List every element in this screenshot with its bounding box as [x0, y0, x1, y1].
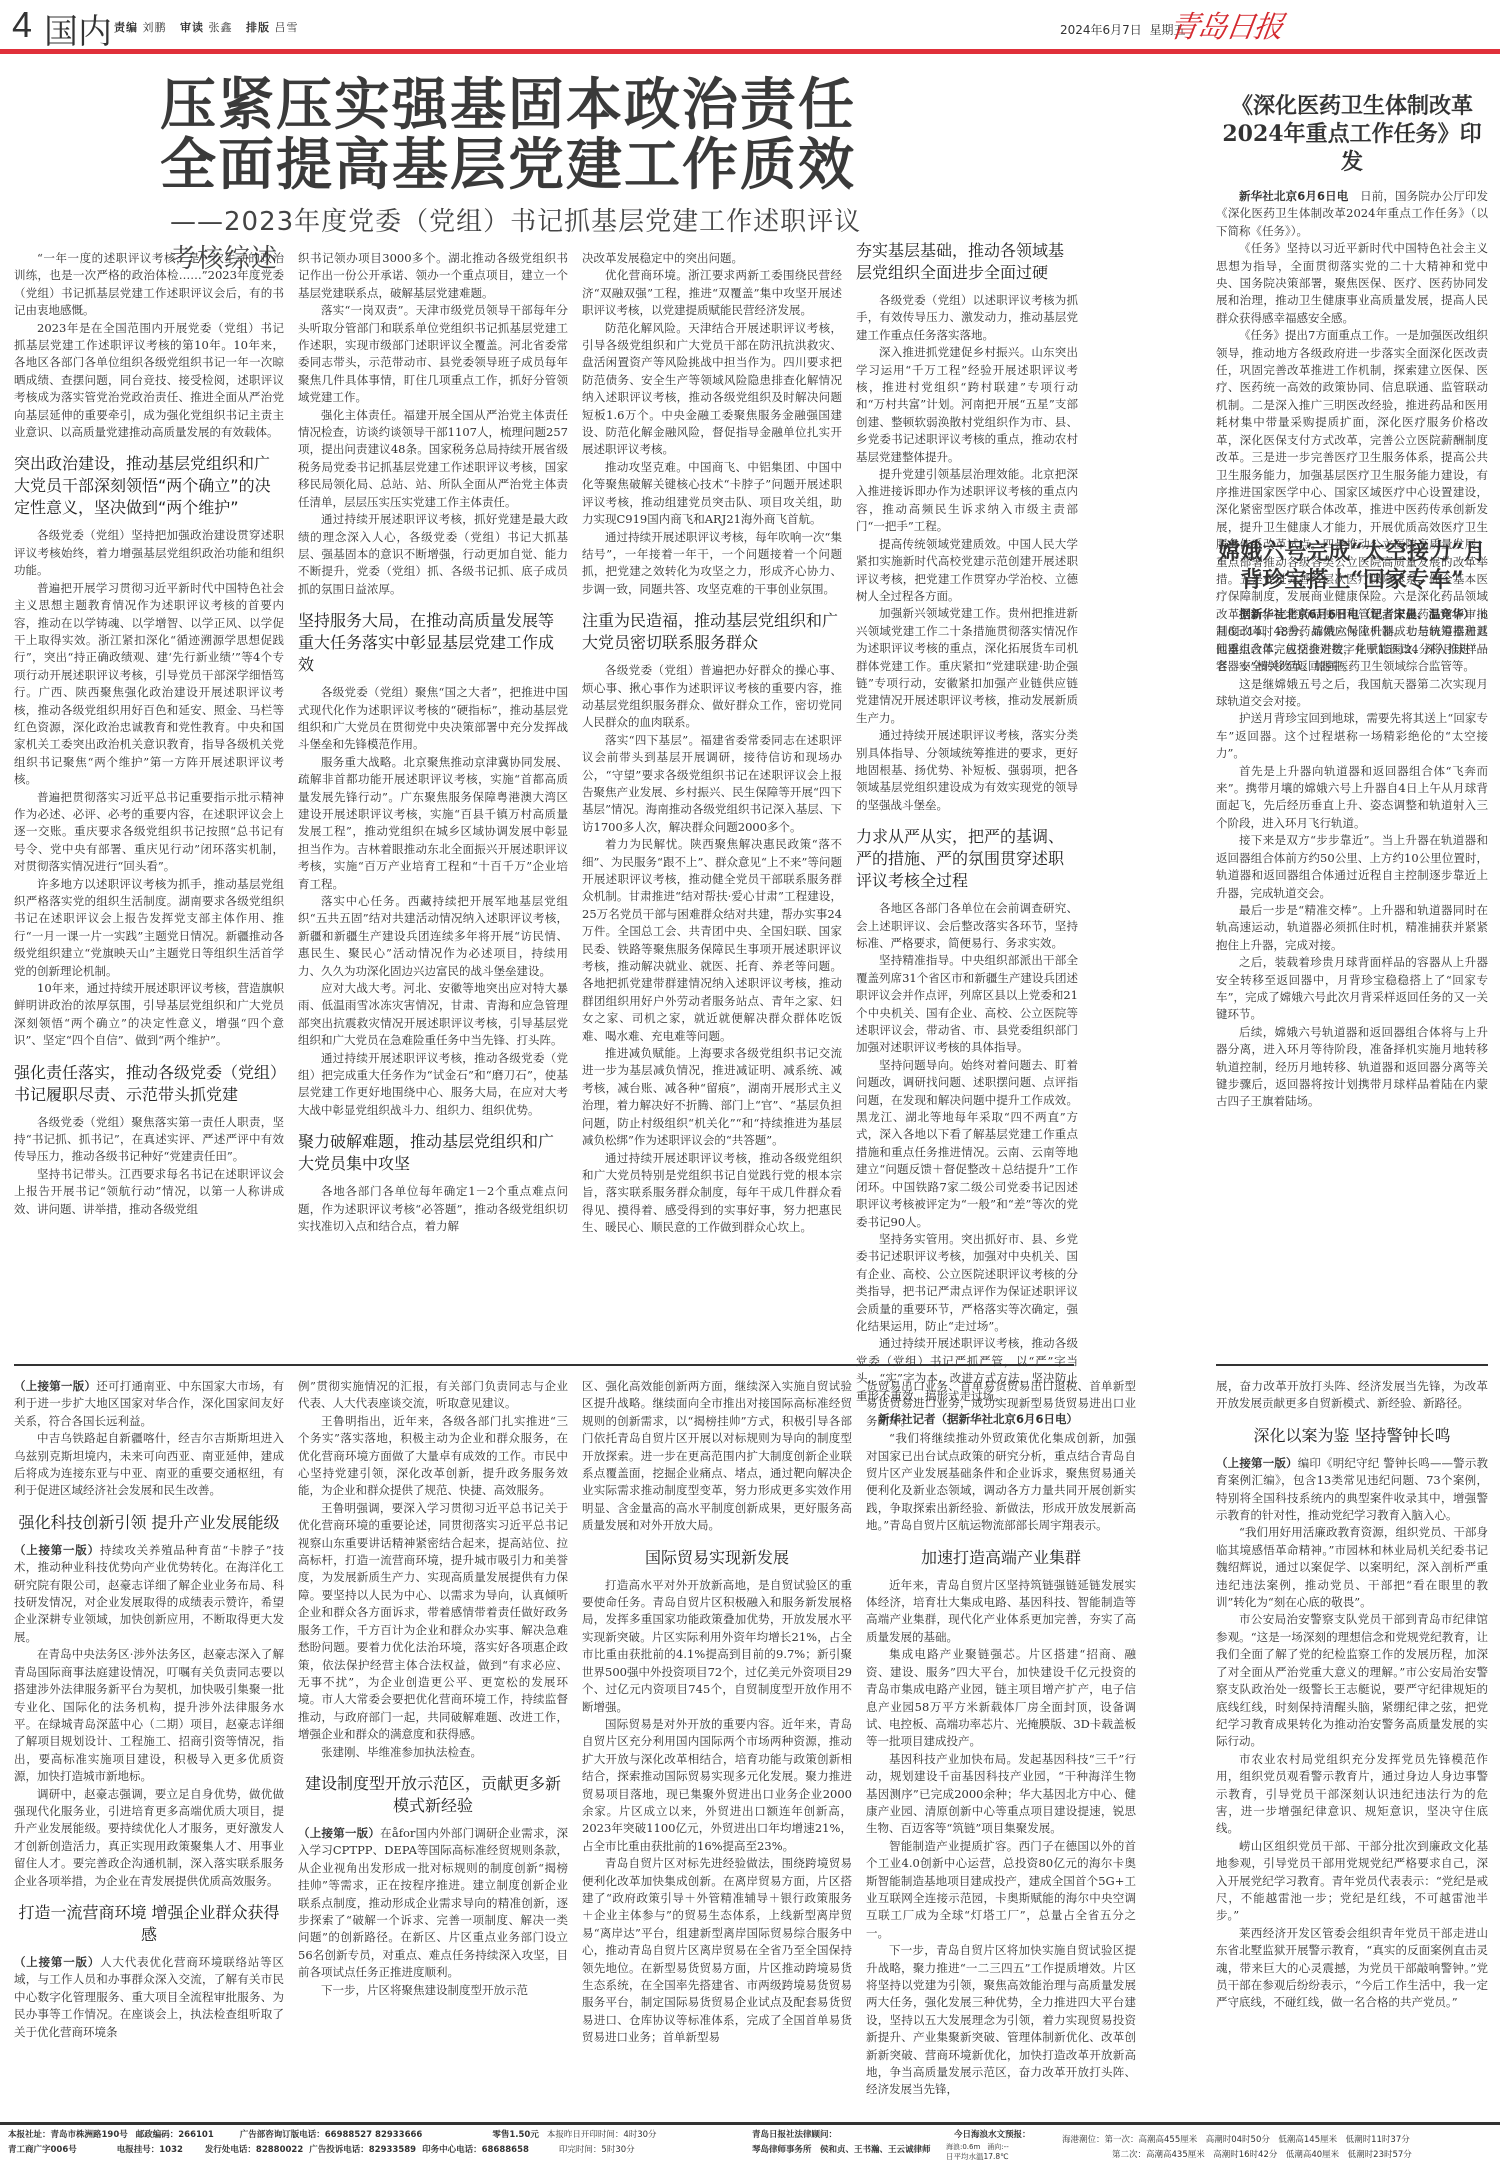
paragraph: 着力为民解忧。陕西聚焦解决惠民政策“落不细”、为民服务“跟不上”、群众意见“上不…: [582, 836, 842, 1045]
date-text: 2024年6月7日: [1060, 23, 1142, 37]
credit-name: 吕雪: [275, 21, 299, 34]
footer-tide-table: 海港潮位： 第一次：高潮高455厘米 高潮时04时50分 低潮高145厘米 低潮…: [1062, 2128, 1500, 2163]
paragraph: 通过持续开展述职评议考核，抓好党建是最大政绩的理念深入人心，各级党委（党组）书记…: [298, 511, 568, 598]
paragraph: 中吉乌铁路起自新疆喀什，经吉尔吉斯斯坦进入乌兹别克斯坦境内，未来可向西亚、南亚延…: [14, 1430, 284, 1500]
paragraph: 许多地方以述职评议考核为抓手，推动基层党组织严格落实党的组织生活制度。湖南要求各…: [14, 876, 284, 980]
paragraph: 各地区各部门各单位在会前调查研究、会上述职评议、会后整改落实各环节，坚持标准、严…: [856, 900, 1078, 952]
paragraph: 提升党建引领基层治理效能。北京把深入推进接诉即办作为述职评议考核的重点内容，推动…: [856, 466, 1078, 536]
section-heading: 打造一流营商环境 增强企业群众获得感: [14, 1902, 284, 1946]
legal-label: 青岛日报社法律顾问：: [752, 2128, 837, 2143]
paragraph-text: 持续攻关养殖品种育苗“卡脖子”技术，推动种业科技优势向产业优势转化。在海洋化工研…: [14, 1543, 284, 1644]
paragraph: 各级党委（党组）以述职评议考核为抓手，有效传导压力、激发动力，推动基层党建工作重…: [856, 292, 1078, 344]
credit-name: 张鑫: [209, 21, 233, 34]
masthead: 4 国内 责编 刘鹏 审读 张鑫 排版 吕雪 2024年6月7日 星期五 青岛日…: [0, 0, 1500, 52]
paragraph: “一年一度的述职评议考核，是一次生动的政治训练，也是一次严格的政治体检……”20…: [14, 250, 284, 320]
credit-name: 刘鹏: [143, 21, 167, 34]
tide-label: 海港潮位：: [1062, 2133, 1105, 2148]
masthead-rule: [0, 49, 1500, 54]
section-heading: 强化责任落实，推动各级党委（党组）书记履职尽责、示范带头抓党建: [14, 1062, 284, 1106]
paragraph: 优化营商环境。浙江要求两新工委围绕民营经济“双融双强”工程，推进“双覆盖”集中攻…: [582, 267, 842, 319]
wave-info: 海浪:0.6m 涌向:--: [946, 2143, 1056, 2152]
paragraph: 坚持问题导向。始终对着问题去、盯着问题改，调研找问题、述职摆问题、点评指问题，在…: [856, 1057, 1078, 1231]
section-heading: 坚持服务大局，在推动高质量发展等重大任务落实中彰显基层党建工作成效: [298, 610, 568, 676]
paragraph: 推进减负赋能。上海要求各级党组织书记交流进一步为基层减负情况，推进减证明、减系统…: [582, 1045, 842, 1149]
paragraph: 推动攻坚克难。中国商飞、中铝集团、中国中化等聚焦破解关键核心技术“卡脖子”问题开…: [582, 459, 842, 529]
credit-role: 责编: [114, 21, 138, 34]
paragraph: 这是继嫦娥五号之后，我国航天器第二次实现月球轨道交会对接。: [1216, 676, 1488, 711]
issue-date: 2024年6月7日 星期五: [1060, 21, 1185, 38]
page-number: 4: [12, 4, 38, 46]
editor-credits: 责编 刘鹏 审读 张鑫 排版 吕雪: [114, 19, 299, 35]
paragraph: 通过持续开展述职评议考核，推动各级党委（党组）把完成重大任务作为“试金石”和“磨…: [298, 1050, 568, 1120]
footer-print-end: 印完时间：5时30分: [559, 2143, 635, 2158]
paragraph: 王鲁明指出，近年来，各级各部门扎实推进“三个务实”落实落地，积极主动为企业和群众…: [298, 1413, 568, 1500]
footer-hydro-forecast: 今日海浪水文预报： 海浪:0.6m 涌向:-- 日平均水温17.8℃: [946, 2128, 1056, 2161]
paragraph: 货贸易出口业务、首单易货贸易出口退税、首单新型易货贸易进口业务，成功实现新型易货…: [866, 1378, 1136, 1430]
paragraph: 落实“四下基层”。福建省委常委同志在述职评议会前带头到基层开展调研，接待信访和现…: [582, 732, 842, 836]
water-temp: 日平均水温17.8℃: [946, 2152, 1056, 2161]
section-divider: [14, 1364, 1074, 1366]
paragraph: 护送月背珍宝回到地球，需要先将其送上“回家专车”返回器。这个过程堪称一场精彩绝伦…: [1216, 710, 1488, 762]
footer-address: 本报社址：青岛市株洲路190号: [8, 2128, 128, 2143]
continued-marker: （上接第一版）: [14, 1379, 96, 1393]
paragraph: 崂山区组织党员干部、干部分批次到廉政文化基地参观，引导党员干部用党规党纪严格要求…: [1216, 1838, 1488, 1925]
footer-distribution-phone: 发行处电话：82880022: [205, 2143, 303, 2158]
paragraph: 普遍把开展学习贯彻习近平新时代中国特色社会主义思想主题教育情况作为述职评议考核的…: [14, 580, 284, 789]
paragraph: 之后，装载着珍贵月球背面样品的容器从上升器安全转移至返回器中，月背珍宝稳稳搭上了…: [1216, 954, 1488, 1024]
paragraph: 下一步，青岛自贸片区将加快实施自贸试验区提升战略，聚力推进“一二三四五”工作提质…: [866, 1942, 1136, 2099]
continued-marker: （上接第一版）: [1216, 1456, 1298, 1470]
main-headline: 压紧压实强基固本政治责任 全面提高基层党建工作质效 ——2023年度党委（党组）…: [160, 75, 880, 275]
paragraph: 区、强化高效能创新两方面，继续深入实施自贸试验区提升战略。继续面向全市推出对接国…: [582, 1378, 852, 1535]
credit-role: 审读: [180, 21, 204, 34]
continued-marker: （上接第一版）: [14, 1955, 100, 1969]
paragraph: 普遍把贯彻落实习近平总书记重要指示批示精神作为必述、必评、必考的重要内容，在述职…: [14, 789, 284, 876]
tide-first: 第一次：高潮高455厘米 高潮时04时50分 低潮高145厘米 低潮时11时37…: [1105, 2133, 1410, 2148]
paragraph: 在青岛中央法务区·涉外法务区，赵豪志深入了解青岛国际商事法庭建设情况，叮嘱有关负…: [14, 1646, 284, 1785]
paragraph: 接下来是双方“步步靠近”。当上升器在轨道器和返回器组合体前方约50公里、上方约1…: [1216, 832, 1488, 902]
paragraph: 加强新兴领域党建工作。贵州把推进新兴领域党建工作二十条措施贯彻落实情况作为述职评…: [856, 605, 1078, 727]
tide-second: 第二次：高潮高435厘米 高潮时16时42分 低潮高40厘米 低潮时23时57分: [1112, 2148, 1412, 2163]
paragraph: 青岛自贸片区对标先进经验做法，围绕跨境贸易便利化改革加快集成创新。在离岸贸易方面…: [582, 1855, 852, 2046]
paragraph: 各地各部门各单位每年确定1－2个重点难点问题，作为述职评议考核“必答题”，推动各…: [298, 1183, 568, 1235]
paragraph: 各级党委（党组）聚焦“国之大者”，把推进中国式现代化作为述职评议考核的“硬指标”…: [298, 684, 568, 754]
footer-legal-counsel: 青岛日报社法律顾问： 琴岛律师事务所 侯和贞、王书瀚、王云诚律师: [752, 2128, 952, 2158]
paragraph-text: 在åfor国内外部门调研企业需求，深入学习CPTPP、DEPA等国际高标准经贸规…: [298, 1826, 568, 1979]
paragraph: “我们将继续推动外贸政策优化集成创新，加强对国家已出台试点政策的研究分析，重点结…: [866, 1430, 1136, 1534]
section-heading: 聚力破解难题，推动基层党组织和广大党员集中攻坚: [298, 1131, 568, 1175]
paragraph: 落实“一岗双责”。天津市级党员领导干部每年分头听取分管部门和联系单位党组织书记抓…: [298, 302, 568, 406]
lower-column-2: 例”贯彻实施情况的汇报，有关部门负责同志与企业代表、人大代表座谈交流，听取意见建…: [298, 1378, 568, 1999]
section-heading: 力求从严从实，把严的基调、严的措施、严的氛围贯穿述职评议考核全过程: [856, 826, 1078, 892]
main-article-column-2: 织书记领办项目3000多个。湖北推动各级党组织书记作出一份公开承诺、领办一个重点…: [298, 250, 568, 1236]
main-article-column-1: “一年一度的述职评议考核，是一次生动的政治训练，也是一次严格的政治体检……”20…: [14, 250, 284, 1218]
section-heading: 突出政治建设，推动基层党组织和广大党员干部深刻领悟“两个确立”的决定性意义，坚决…: [14, 453, 284, 519]
sidebar-article-title: 《深化医药卫生体制改革2024年重点工作任务》印发: [1216, 92, 1488, 176]
footer-print-start: 本报昨日开印时间：4时30分: [547, 2128, 657, 2143]
headline-line-2: 全面提高基层党建工作质效: [160, 135, 880, 195]
paragraph: 深入推进抓党建促乡村振兴。山东突出学习运用“千万工程”经验开展述职评议考核，推进…: [856, 344, 1078, 466]
paragraph: 智能制造产业提质扩容。西门子在德国以外的首个工业4.0创新中心运营，总投资80亿…: [866, 1838, 1136, 1942]
paragraph: 落实中心任务。西藏持续把开展军地基层党组织“五共五固”结对共建活动情况纳入述职评…: [298, 893, 568, 980]
paragraph: 集成电路产业聚链强芯。片区搭建“招商、融资、建设、服务”四大平台，加快建设千亿元…: [866, 1646, 1136, 1750]
footer-ad-phone: 广告部咨询订版电话：66988527 82933666: [240, 2128, 423, 2143]
paragraph: “我们用好用活廉政教育资源，组织党员、干部身临其境感悟革命精神。”市园林和林业局…: [1216, 1524, 1488, 1611]
paragraph: 调研中，赵豪志强调，要立足自身优势，做优做强现代化服务业，引进培育更多高端优质大…: [14, 1786, 284, 1890]
sidebar-article-title: 嫦娥六号完成“太空接力”月背珍宝搭上“回家专车”: [1216, 538, 1488, 594]
continued-marker: （上接第一版）: [298, 1826, 380, 1840]
paragraph: 强化主体责任。福建开展全国从严治党主体责任情况检查，访谈约谈领导干部1107人，…: [298, 407, 568, 511]
paragraph: 基因科技产业加快布局。发起基因科技“三千”行动，规划建设千亩基因科技产业园，“干…: [866, 1751, 1136, 1838]
paragraph: 例”贯彻实施情况的汇报，有关部门负责同志与企业代表、人大代表座谈交流，听取意见建…: [298, 1378, 568, 1413]
paragraph: 防范化解风险。天津结合开展述职评议考核，引导各级党组织和广大党员干部在防汛抗洪救…: [582, 320, 842, 459]
paragraph: 提高传统领域党建质效。中国人民大学紧扣实施新时代高校党建示范创建开展述职评议考核…: [856, 536, 1078, 606]
paragraph: 织书记领办项目3000多个。湖北推动各级党组织书记作出一份公开承诺、领办一个重点…: [298, 250, 568, 302]
paragraph: 最后一步是“精准交棒”。上升器和轨道器同时在轨高速运动，轨道器必须抓住时机，精准…: [1216, 902, 1488, 954]
section-heading: 加速打造高端产业集群: [866, 1547, 1136, 1569]
paragraph: 张建刚、毕维准参加执法检查。: [298, 1744, 568, 1761]
paragraph: 坚持务实管用。突出抓好市、县、乡党委书记述职评议考核，加强对中央机关、国有企业、…: [856, 1231, 1078, 1335]
paragraph: 各级党委（党组）聚焦落实第一责任人职责，坚持“书记抓、抓书记”，在真述实评、严述…: [14, 1114, 284, 1166]
footer-telegraph: 电报挂号：1032: [117, 2143, 183, 2158]
paragraph: 坚持精准指导。中央组织部派出干部全覆盖列席31个省区市和新疆生产建设兵团述职评议…: [856, 952, 1078, 1056]
newspaper-logo: 青岛日报: [1167, 2, 1285, 46]
paragraph: 下一步，片区将聚焦建设制度型开放示范: [298, 1982, 568, 1999]
section-heading: 强化科技创新引领 提升产业发展能级: [14, 1512, 284, 1534]
paragraph: 展，奋力改革开放打头阵、经济发展当先锋，为改革开放发展贡献更多自贸新模式、新经验…: [1216, 1378, 1488, 1413]
lower-column-5: 展，奋力改革开放打头阵、经济发展当先锋，为改革开放发展贡献更多自贸新模式、新经验…: [1216, 1378, 1488, 2012]
lower-column-4: 货贸易出口业务、首单易货贸易出口退税、首单新型易货贸易进口业务，成功实现新型易货…: [866, 1378, 1136, 2099]
legal-firm: 琴岛律师事务所 侯和贞、王书瀚、王云诚律师: [752, 2143, 931, 2158]
section-divider: [1216, 1364, 1488, 1366]
paragraph: 2023年是在全国范围内开展党委（党组）书记抓基层党建工作述职评议考核的第10年…: [14, 320, 284, 442]
lower-column-1: （上接第一版）还可打通南亚、中东国家大市场，有利于进一步扩大地区国家对华合作，深…: [14, 1378, 284, 2041]
paragraph: 王鲁明强调，要深入学习贯彻习近平总书记关于优化营商环境的重要论述，同贯彻落实习近…: [298, 1500, 568, 1744]
paragraph: 通过持续开展述职评议考核，落实分类别具体指导、分领域统筹推进的要求，更好地固根基…: [856, 727, 1078, 814]
footer-print-center-phone: 印务中心电话：68688658: [422, 2143, 529, 2158]
footer-publisher-info: 本报社址：青岛市株洲路190号 邮政编码：266101 广告部咨询订版电话：66…: [8, 2128, 728, 2158]
section-name: 国内: [44, 4, 112, 53]
footer-license: 青工商广字006号: [8, 2143, 77, 2158]
sidebar-article-change6: 嫦娥六号完成“太空接力”月背珍宝搭上“回家专车” 据新华社北京6月6日电（记者宋…: [1216, 538, 1488, 1111]
headline-line-1: 压紧压实强基固本政治责任: [160, 75, 880, 135]
paragraph: 10年来，通过持续开展述职评议考核，营造旗帜鲜明讲政治的浓厚氛围，引导基层党组织…: [14, 980, 284, 1050]
paragraph: 首先是上升器向轨道器和返回器组合体“飞奔而来”。携带月壤的嫦娥六号上升器自4日上…: [1216, 763, 1488, 833]
paragraph: 市农业农村局党组织充分发挥党员先锋模范作用，组织党员观看警示教育片，通过身边人身…: [1216, 1751, 1488, 1838]
paragraph: 坚持书记带头。江西要求每名书记在述职评议会上报告开展书记“领航行动”情况，以第一…: [14, 1166, 284, 1218]
section-heading: 注重为民造福，推动基层党组织和广大党员密切联系服务群众: [582, 610, 842, 654]
section-heading: 夯实基层基础，推动各领域基层党组织全面进步全面过硬: [856, 240, 1078, 284]
paragraph: 决改革发展稳定中的突出问题。: [582, 250, 842, 267]
paragraph: 打造高水平对外开放新高地，是自贸试验区的重要使命任务。青岛自贸片区积极融入和服务…: [582, 1577, 852, 1716]
section-heading: 深化以案为鉴 坚持警钟长鸣: [1216, 1425, 1488, 1447]
lower-column-3: 区、强化高效能创新两方面，继续深入实施自贸试验区提升战略。继续面向全市推出对接国…: [582, 1378, 852, 2047]
paragraph: 后续，嫦娥六号轨道器和返回器组合体将与上升器分离，进入环月等待阶段，准备择机实施…: [1216, 1024, 1488, 1111]
section-heading: 国际贸易实现新发展: [582, 1547, 852, 1569]
main-article-column-4: 夯实基层基础，推动各领域基层党组织全面进步全面过硬 各级党委（党组）以述职评议考…: [856, 228, 1078, 1428]
main-article-column-3: 决改革发展稳定中的突出问题。 优化营商环境。浙江要求两新工委围绕民营经济“双融双…: [582, 250, 842, 1237]
paragraph: 应对大战大考。河北、安徽等地突出应对特大暴雨、低温雨雪冰冻灾害情况，甘肃、青海和…: [298, 980, 568, 1050]
dateline: 据新华社北京6月6日电（记者宋晨、温竞华）: [1239, 607, 1469, 621]
paragraph: 各级党委（党组）坚持把加强政治建设贯穿述职评议考核始终，着力增强基层党组织政治功…: [14, 527, 284, 579]
paragraph: 《任务》坚持以习近平新时代中国特色社会主义思想为指导，全面贯彻落实党的二十大精神…: [1216, 240, 1488, 327]
paragraph: 各级党委（党组）普遍把办好群众的操心事、烦心事、揪心事作为述职评议考核的重要内容…: [582, 662, 842, 732]
paragraph: 国际贸易是对外开放的重要内容。近年来，青岛自贸片区充分利用国内国际两个市场两种资…: [582, 1716, 852, 1855]
paragraph: 服务重大战略。北京聚焦推动京津冀协同发展、疏解非首都功能开展述职评议考核，实施“…: [298, 754, 568, 893]
credit-role: 排版: [246, 21, 270, 34]
continued-marker: （上接第一版）: [14, 1543, 100, 1557]
paragraph: 通过持续开展述职评议考核，推动各级党组织和广大党员特别是党组织书记自觉践行党的根…: [582, 1150, 842, 1237]
footer-postcode: 邮政编码：266101: [136, 2128, 214, 2143]
paragraph: 莱西经济开发区管委会组织青年党员干部走进山东省北墅监狱开展警示教育，“真实的反面…: [1216, 1925, 1488, 2012]
paragraph: 通过持续开展述职评议考核，每年吹响一次“集结号”，一年接着一年干，一个问题接着一…: [582, 529, 842, 599]
hydro-title: 今日海浪水文预报：: [954, 2128, 1031, 2143]
footer-complaint-phone: 广告投诉电话：82933589: [309, 2143, 416, 2158]
section-heading: 建设制度型开放示范区，贡献更多新模式新经验: [298, 1773, 568, 1817]
paragraph: 近年来，青岛自贸片区坚持筑链强链延链发展实体经济，培育壮大集成电路、基因科技、智…: [866, 1577, 1136, 1647]
footer-price: 零售1.50元: [492, 2128, 538, 2143]
paragraph: 市公安局治安警察支队党员干部到青岛市纪律馆参观。“这是一场深刻的理想信念和党规党…: [1216, 1611, 1488, 1750]
footer-rule: [0, 2122, 1500, 2125]
dateline: 新华社北京6月6日电: [1239, 189, 1348, 203]
